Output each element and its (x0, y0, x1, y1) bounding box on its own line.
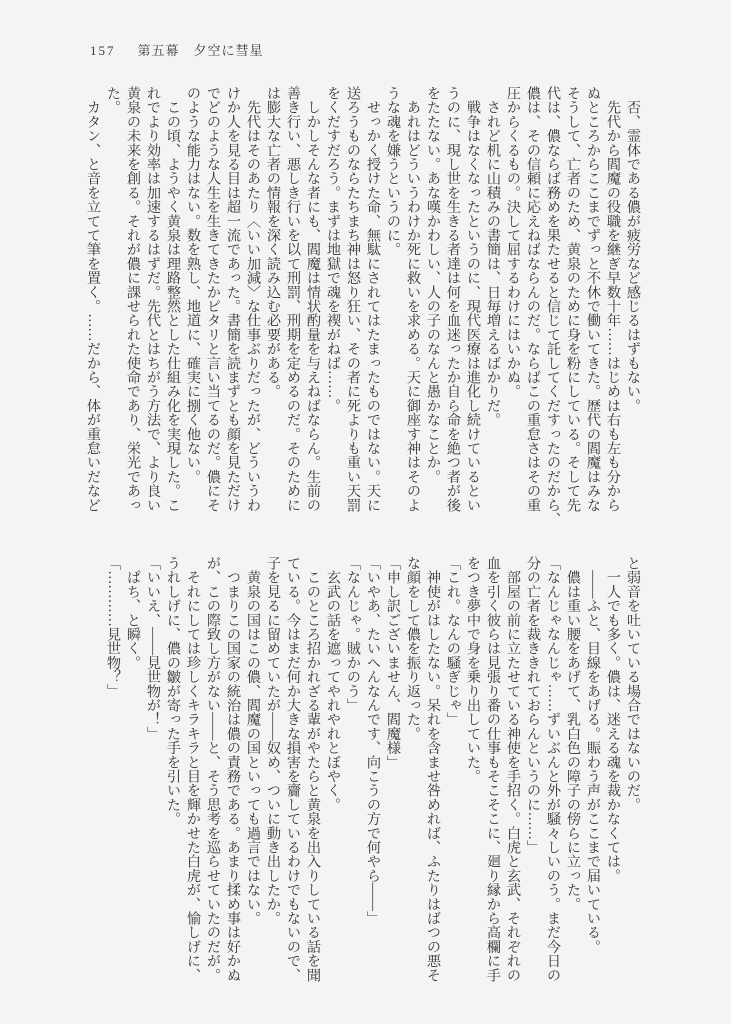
vertical-text-line: 部屋の前に立たせている神使を手招く。白虎と玄武、それぞれの (503, 556, 523, 986)
vertical-text-line: 玄武の話を遮ってやれやれとぼやく。 (323, 556, 343, 986)
vertical-text-line: カタン、と音を立てて筆を置く。……だから、体が重怠いだなど (83, 86, 103, 520)
vertical-text-line: 「…………見世物？」 (103, 556, 123, 986)
vertical-text-line: 一人でも多く。儂は、迷える魂を裁かなくては。 (603, 556, 623, 986)
vertical-text-line: と弱音を吐いている場合ではないのだ。 (623, 556, 643, 986)
vertical-text-line: 戦争はなくなったというのに、現代医療は進化し続けているとい (463, 86, 483, 520)
book-page: 157 第五幕 夕空に彗星 否、霊体である儂が疲労など感じるはずもない。 先代か… (0, 0, 731, 1024)
vertical-text-line: 「いやあ、たいへんなんです、向こうの方で何やら――」 (363, 556, 383, 986)
vertical-text-line: 黄泉の未来を創る。それが儂に課せられた使命であり、栄光であっ (123, 86, 143, 520)
vertical-text-line: うのに、現し世を生きる者達は何を血迷ったか自ら命を絶つ者が後 (443, 86, 463, 520)
vertical-text-line: つまりこの国家の統治は儂の責務である。あまり揉め事は好かぬ (223, 556, 243, 986)
page-number: 157 (90, 43, 116, 59)
vertical-text-line: ぬところからここまでずっと不休で働いてきた。歴代の閻魔はみな (583, 86, 603, 520)
vertical-text-line: ――ふと、目線をあげる。賑わう声がここまで届いている。 (583, 556, 603, 986)
vertical-text-line: 「これ。なんの騒ぎじゃ」 (443, 556, 463, 986)
vertical-text-line: 黄泉の国はこの儂、閻魔の国といっても過言ではない。 (243, 556, 263, 986)
page-header: 157 第五幕 夕空に彗星 (90, 40, 264, 59)
vertical-text-line: でどのような人生を生きてきたかピタリと言い当てるのだ。儂にそ (203, 86, 223, 520)
vertical-text-line: をたたない。あな嘆かわしい、人の子のなんと愚かなことか。 (423, 86, 443, 520)
vertical-text-line: 善き行い、悪しき行いを以て刑罰、刑期を定めるのだ。そのために (283, 86, 303, 520)
vertical-text-line: をつき夢中で身を乗り出していた。 (463, 556, 483, 986)
chapter-title: 第五幕 夕空に彗星 (138, 40, 264, 59)
vertical-text-line: 圧からくるもの。決して屈するわけにはいかぬ。 (503, 86, 523, 520)
vertical-text-line: ている。今はまだ何か大きな損害を齎しているわけでもないので、 (283, 556, 303, 986)
vertical-text-line: されど机に山積みの書簡は、日毎増えるばかりだ。 (483, 86, 503, 520)
vertical-text-line: 先代から閻魔の役職を継ぎ早数十年……はじめは右も左も分から (603, 86, 623, 520)
vertical-text-line: 分の亡者を裁ききれておらんというのに……」 (523, 556, 543, 986)
vertical-text-line: そうして、亡者のため、黄泉のために身を粉にしている。そして先 (563, 86, 583, 520)
vertical-text-line: うれしげに、儂の皺が寄った手を引いた。 (163, 556, 183, 986)
vertical-text-line: 子を見るに留めていたが――奴め、ついに動き出したか。 (263, 556, 283, 986)
vertical-text-line: しかしそんな者にも、閻魔は情状酌量を与えねばならん。生前の (303, 86, 323, 520)
upper-text-block: 否、霊体である儂が疲労など感じるはずもない。 先代から閻魔の役職を継ぎ早数十年…… (83, 86, 643, 520)
vertical-text-line: のような能力はない。数を熟し、地道に、確実に捌く他ない。 (183, 86, 203, 520)
vertical-text-line: な顔をして儂を振り返った。 (403, 556, 423, 986)
vertical-text-line: 「いいえ、――見世物が！」 (143, 556, 163, 986)
vertical-text-line: けか人を見る目は超一流であった。書簡を読まずとも顔を見ただけ (223, 86, 243, 520)
vertical-text-line: れでより効率は加速するはずだ。先代とはちがう方法で、より良い (143, 86, 163, 520)
vertical-text-line: 否、霊体である儂が疲労など感じるはずもない。 (623, 86, 643, 520)
vertical-text-line: この頃、ようやく黄泉は理路整然とした仕組み化を実現した。こ (163, 86, 183, 520)
vertical-text-line: それにしては珍しくキラキラと目を輝かせた白虎が、愉しげに、 (183, 556, 203, 986)
vertical-text-line: このところ招かれざる輩がやたらと黄泉を出入りしている話を聞 (303, 556, 323, 986)
vertical-text-line: 先代はそのあたり〈いい加減〉な仕事ぶりだったが、どういうわ (243, 86, 263, 520)
vertical-text-line: をくだすだろう。まずは地獄で魂を禊がねば……。 (323, 86, 343, 520)
vertical-text-line: 代は、儂ならば務めを果たせると信じて託してくだすったのだから、 (543, 86, 563, 520)
vertical-text-line: が、この際致し方がない――と、そう思考を巡らせていたのだが。 (203, 556, 223, 986)
vertical-text-line: あれはどういうわけか死に救いを求める。天に御座す神はそのよ (403, 86, 423, 520)
vertical-text-line: ぱち、と瞬く。 (123, 556, 143, 986)
vertical-text-line: 神使がはしたない。呆れを含ませ咎めれば、ふたりはばつの悪そ (423, 556, 443, 986)
vertical-text-line: 送ろうものならたちまち神は怒り狂い、その者に死よりも重い天罰 (343, 86, 363, 520)
lower-text-block: と弱音を吐いている場合ではないのだ。 一人でも多く。儂は、迷える魂を裁かなくては… (103, 556, 643, 986)
vertical-text-line: 「申し訳ございません、閻魔様」 (383, 556, 403, 986)
vertical-text-line: うな魂を嫌うというのに。 (383, 86, 403, 520)
vertical-text-line: は膨大な亡者の情報を深く読み込む必要がある。 (263, 86, 283, 520)
vertical-text-line: 血を引く彼らは見張り番の仕事もそこそこに、廻り縁から高欄に手 (483, 556, 503, 986)
vertical-text-line: た。 (103, 86, 123, 520)
vertical-text-line: せっかく授けた命、無駄にされてはたまったものではない。天に (363, 86, 383, 520)
vertical-text-line: 「なんじゃ。賊かのう」 (343, 556, 363, 986)
vertical-text-line: 「なんじゃなんじゃ……ずいぶんと外が騒々しいのう。まだ今日の (543, 556, 563, 986)
vertical-text-line: 儂は、その信頼に応えねばならんのだ。ならばこの重怠さはその重 (523, 86, 543, 520)
vertical-text-line: 儂は重い腰をあげて、乳白色の障子の傍らに立った。 (563, 556, 583, 986)
